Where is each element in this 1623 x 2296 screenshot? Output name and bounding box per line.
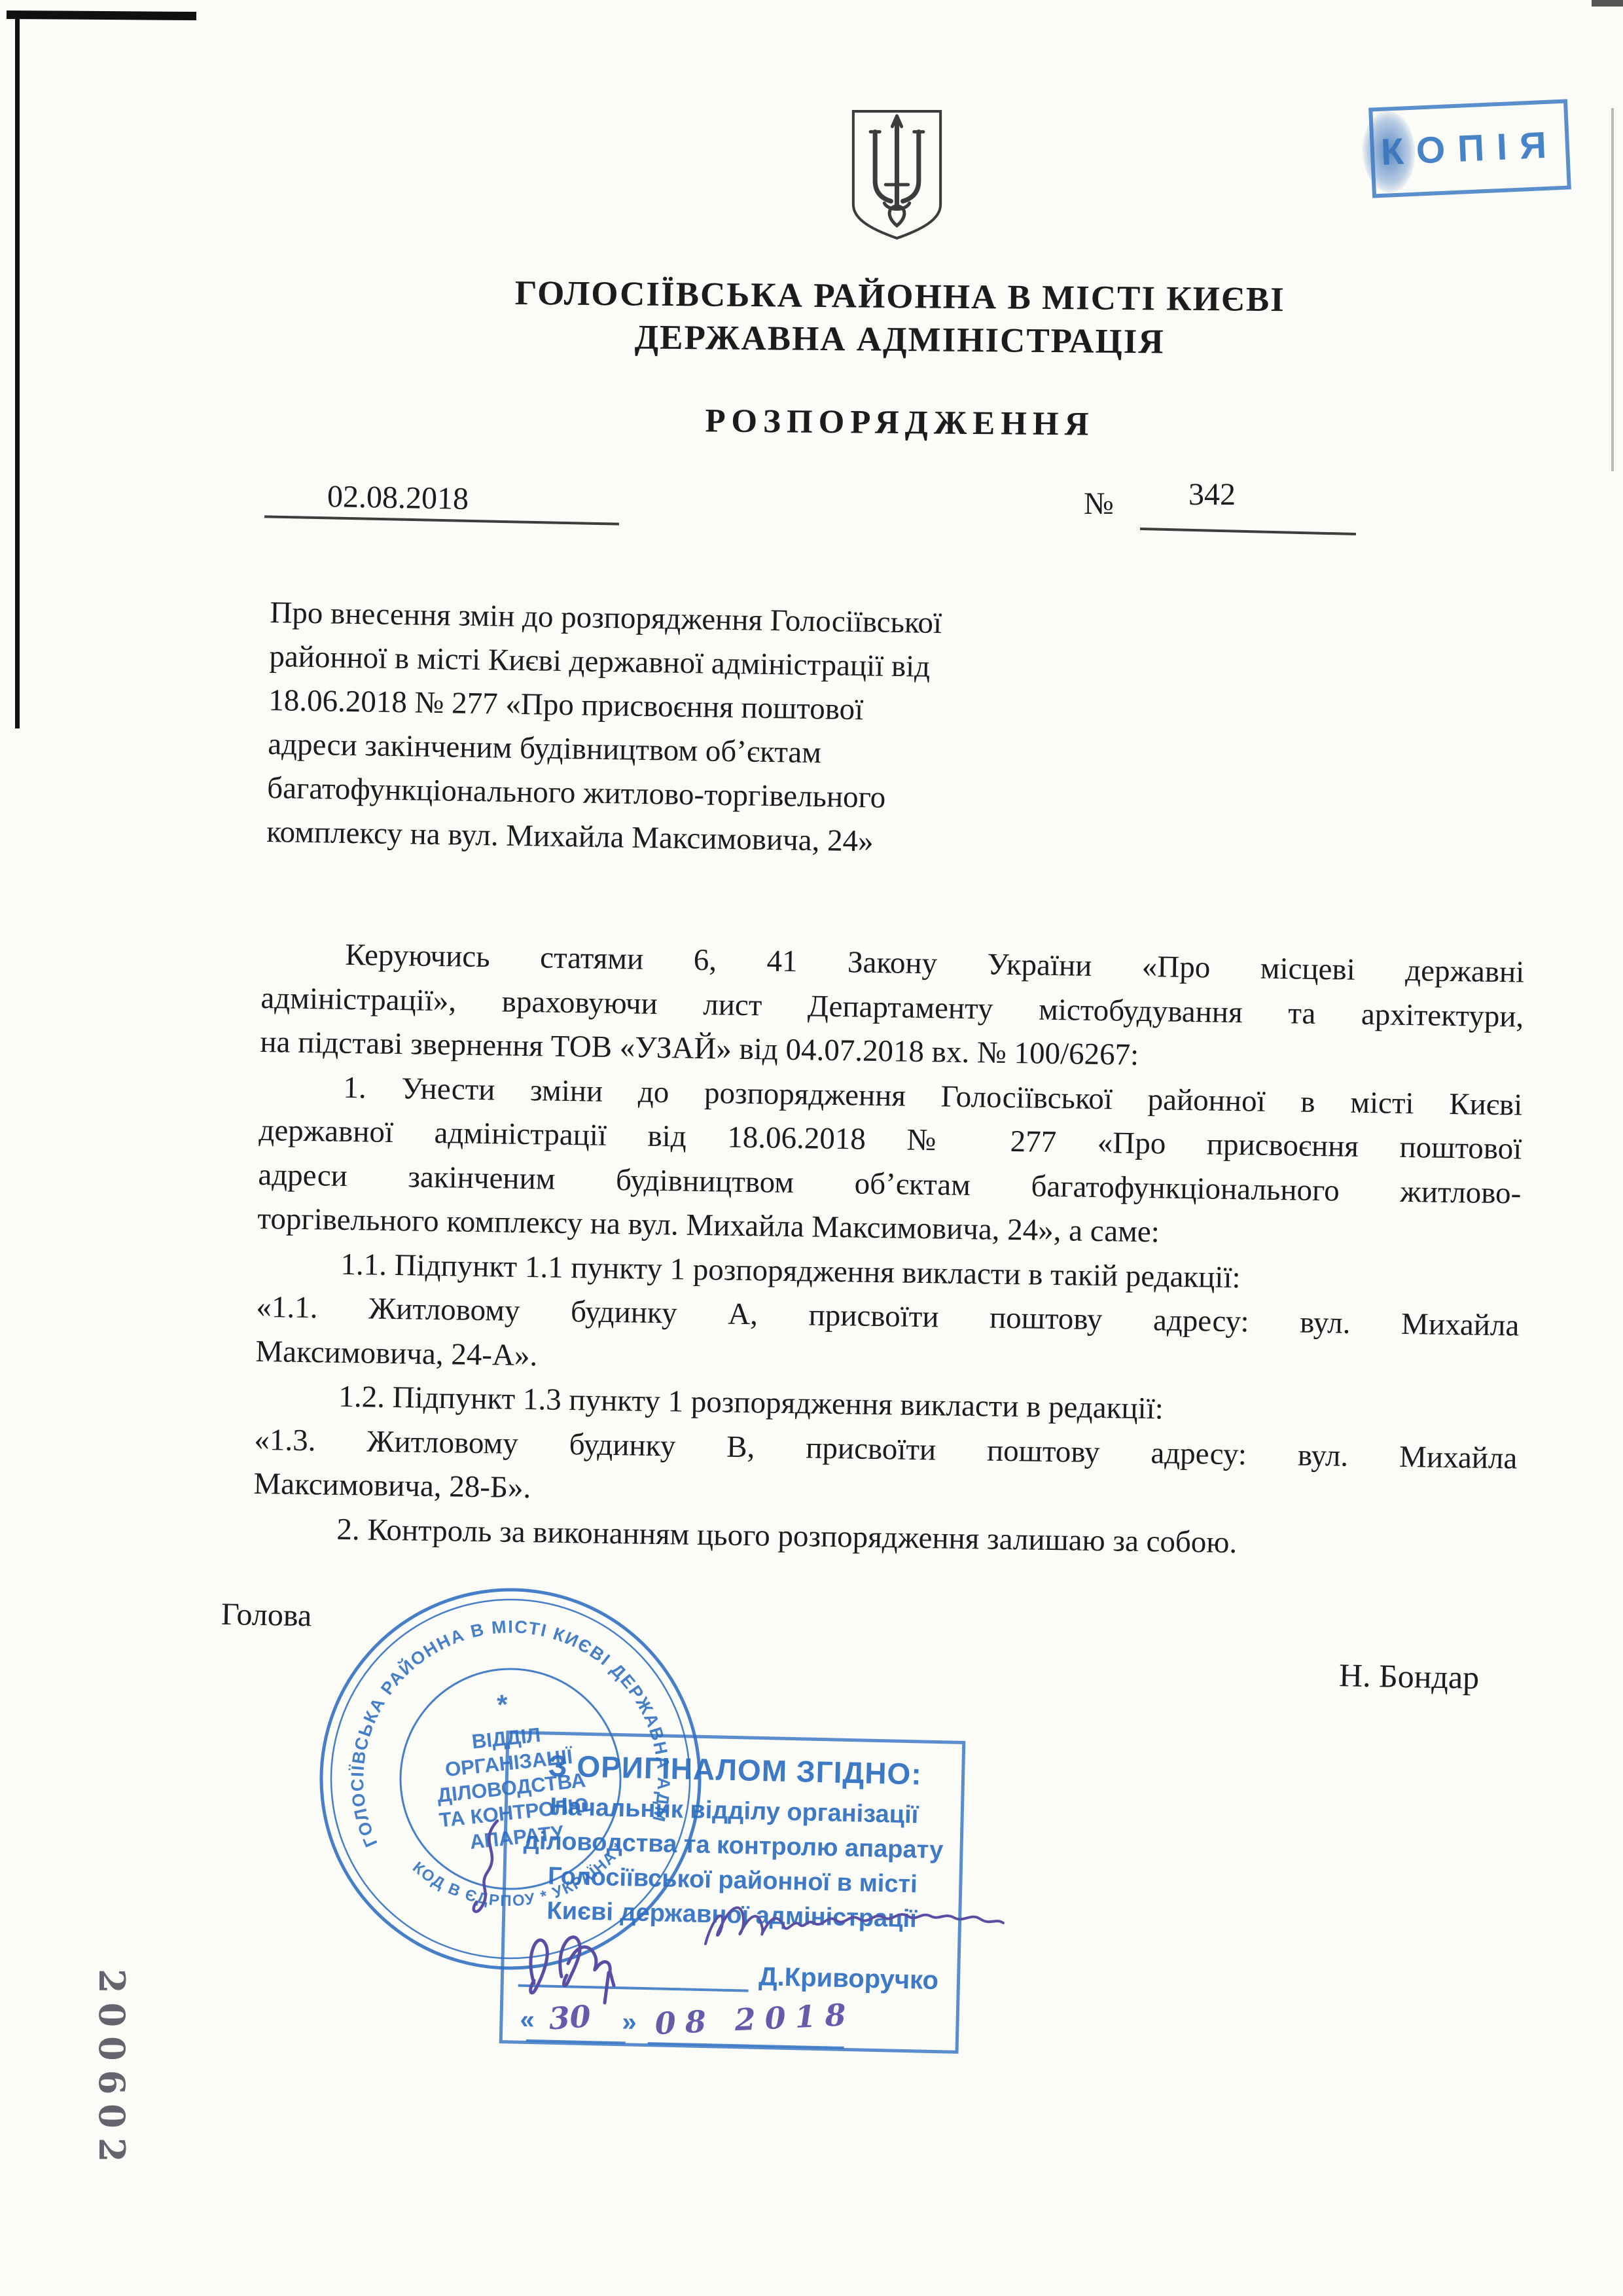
scan-artifact-left-line	[15, 18, 20, 728]
body-text: Керуючись статями 6, 41 Закону України «…	[253, 932, 1525, 1570]
document-date: 02.08.2018	[327, 478, 469, 517]
date-underline	[264, 515, 619, 525]
number-label: №	[1084, 486, 1114, 522]
document-type-title: РОЗПОРЯДЖЕННЯ	[445, 400, 1355, 446]
cert-stamp-title: З ОРИГІНАЛОМ ЗГІДНО:	[508, 1747, 962, 1793]
org-name-line1: ГОЛОСІЇВСЬКА РАЙОННА В МІСТІ КИЄВІ	[445, 271, 1355, 322]
cert-stamp-signer-name: Д.Криворучко	[758, 1962, 939, 1996]
org-header: ГОЛОСІЇВСЬКА РАЙОННА В МІСТІ КИЄВІ ДЕРЖА…	[444, 271, 1355, 365]
handwritten-date-month-year: 08 2018	[654, 1997, 856, 2041]
trident-svg	[846, 107, 948, 242]
date-day-underline	[526, 2039, 626, 2044]
ukraine-trident-emblem	[846, 107, 948, 242]
subject-paragraph: Про внесення змін до розпорядження Голос…	[266, 591, 1101, 867]
signer-name: Н. Бондар	[1339, 1656, 1480, 1696]
date-rest-underline	[648, 2042, 844, 2049]
handwritten-signature-right	[695, 1893, 1019, 1962]
org-name-line2: ДЕРЖАВНА АДМІНІСТРАЦІЯ	[444, 314, 1355, 365]
round-stamp-star: *	[495, 1689, 510, 1721]
handwritten-signature-small	[452, 1813, 524, 1921]
document-number: 342	[1188, 476, 1236, 512]
kopiya-stamp: КОПІЯ	[1368, 99, 1571, 198]
scanned-document-page: КОПІЯ ГОЛОСІЇВСЬКА РАЙОННА В МІСТІ	[0, 0, 1623, 2296]
ink-smudge	[1361, 110, 1416, 194]
vertical-registration-number: 200602	[87, 1969, 133, 2165]
number-underline	[1140, 528, 1356, 535]
scan-artifact-right-edge	[1611, 108, 1614, 471]
scan-artifact-top-line	[7, 10, 196, 20]
handwritten-signature-left	[516, 1918, 666, 2013]
scan-artifact-top-right-corner	[1592, 0, 1623, 7]
